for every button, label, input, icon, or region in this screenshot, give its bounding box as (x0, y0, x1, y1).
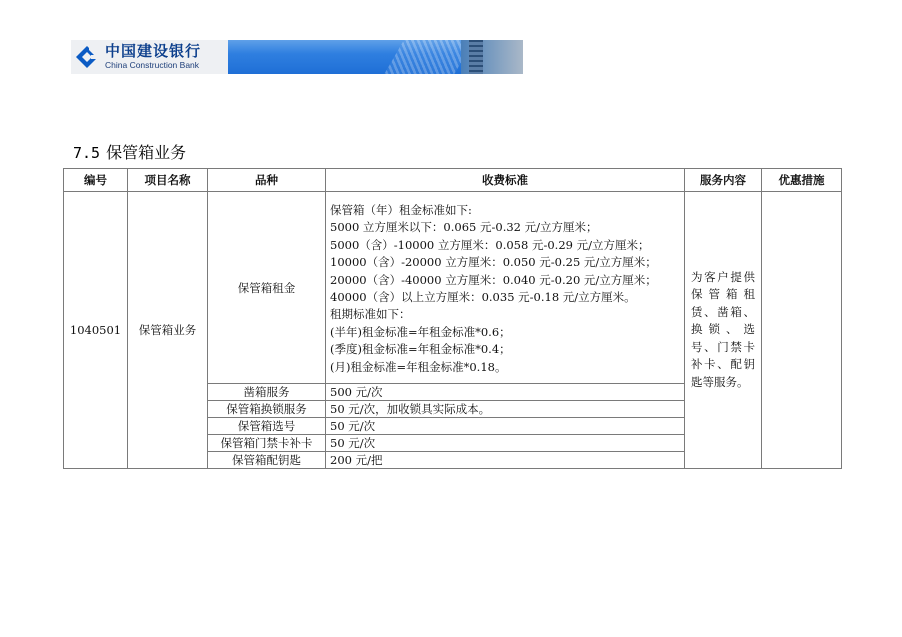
col-header-fee-standard: 收费标准 (326, 169, 685, 192)
col-header-service-content: 服务内容 (685, 169, 762, 192)
bank-logo: 中国建设银行 China Construction Bank (71, 40, 228, 74)
table-header-row: 编号 项目名称 品种 收费标准 服务内容 优惠措施 (64, 169, 842, 192)
col-header-code: 编号 (64, 169, 128, 192)
cell-variety: 凿箱服务 (208, 384, 326, 401)
fee-line: 20000（含）-40000 立方厘米：0.040 元-0.20 元/立方厘米； (330, 272, 680, 289)
logo-english-name: China Construction Bank (105, 61, 201, 70)
cell-service-content: 为客户提供保管箱租赁、凿箱、换锁、选号、门禁卡补卡、配钥匙等服务。 (685, 192, 762, 469)
col-header-item-name: 项目名称 (128, 169, 208, 192)
cell-discount (762, 192, 842, 469)
section-number: 7.5 (73, 144, 100, 162)
cell-variety: 保管箱选号 (208, 418, 326, 435)
fee-line: 5000 立方厘米以下：0.065 元-0.32 元/立方厘米； (330, 219, 680, 236)
cell-fee: 50 元/次 (326, 418, 685, 435)
fee-line: 10000（含）-20000 立方厘米：0.050 元-0.25 元/立方厘米； (330, 254, 680, 271)
fee-line: (季度)租金标准=年租金标准*0.4； (330, 341, 680, 358)
cell-item-name: 保管箱业务 (128, 192, 208, 469)
table-row: 1040501 保管箱业务 保管箱租金 保管箱（年）租金标准如下: 5000 立… (64, 192, 842, 384)
cell-variety: 保管箱门禁卡补卡 (208, 435, 326, 452)
tower-graphic (461, 40, 523, 74)
fee-table: 编号 项目名称 品种 收费标准 服务内容 优惠措施 1040501 保管箱业务 … (63, 168, 842, 469)
cell-code: 1040501 (64, 192, 128, 469)
cell-fee: 50 元/次，加收锁具实际成本。 (326, 401, 685, 418)
fee-line: 保管箱（年）租金标准如下: (330, 202, 680, 219)
cell-fee: 200 元/把 (326, 452, 685, 469)
cell-variety: 保管箱换锁服务 (208, 401, 326, 418)
fee-line: (半年)租金标准=年租金标准*0.6； (330, 324, 680, 341)
logo-chinese-name: 中国建设银行 (105, 44, 201, 59)
ccb-logo-icon (75, 45, 99, 69)
cell-fee-rental: 保管箱（年）租金标准如下: 5000 立方厘米以下：0.065 元-0.32 元… (326, 192, 685, 384)
fee-line: 5000（含）-10000 立方厘米：0.058 元-0.29 元/立方厘米； (330, 237, 680, 254)
section-title: 保管箱业务 (106, 143, 186, 162)
col-header-discount: 优惠措施 (762, 169, 842, 192)
cell-variety: 保管箱配钥匙 (208, 452, 326, 469)
banner-image (228, 40, 523, 74)
fee-line: (月)租金标准=年租金标准*0.18。 (330, 359, 680, 376)
cell-fee: 50 元/次 (326, 435, 685, 452)
cell-fee: 500 元/次 (326, 384, 685, 401)
bank-header-banner: 中国建设银行 China Construction Bank (71, 40, 523, 74)
section-heading: 7.5保管箱业务 (73, 140, 186, 163)
cell-variety-rental: 保管箱租金 (208, 192, 326, 384)
col-header-variety: 品种 (208, 169, 326, 192)
fee-line: 租期标准如下： (330, 306, 680, 323)
fee-line: 40000（含）以上立方厘米：0.035 元-0.18 元/立方厘米。 (330, 289, 680, 306)
